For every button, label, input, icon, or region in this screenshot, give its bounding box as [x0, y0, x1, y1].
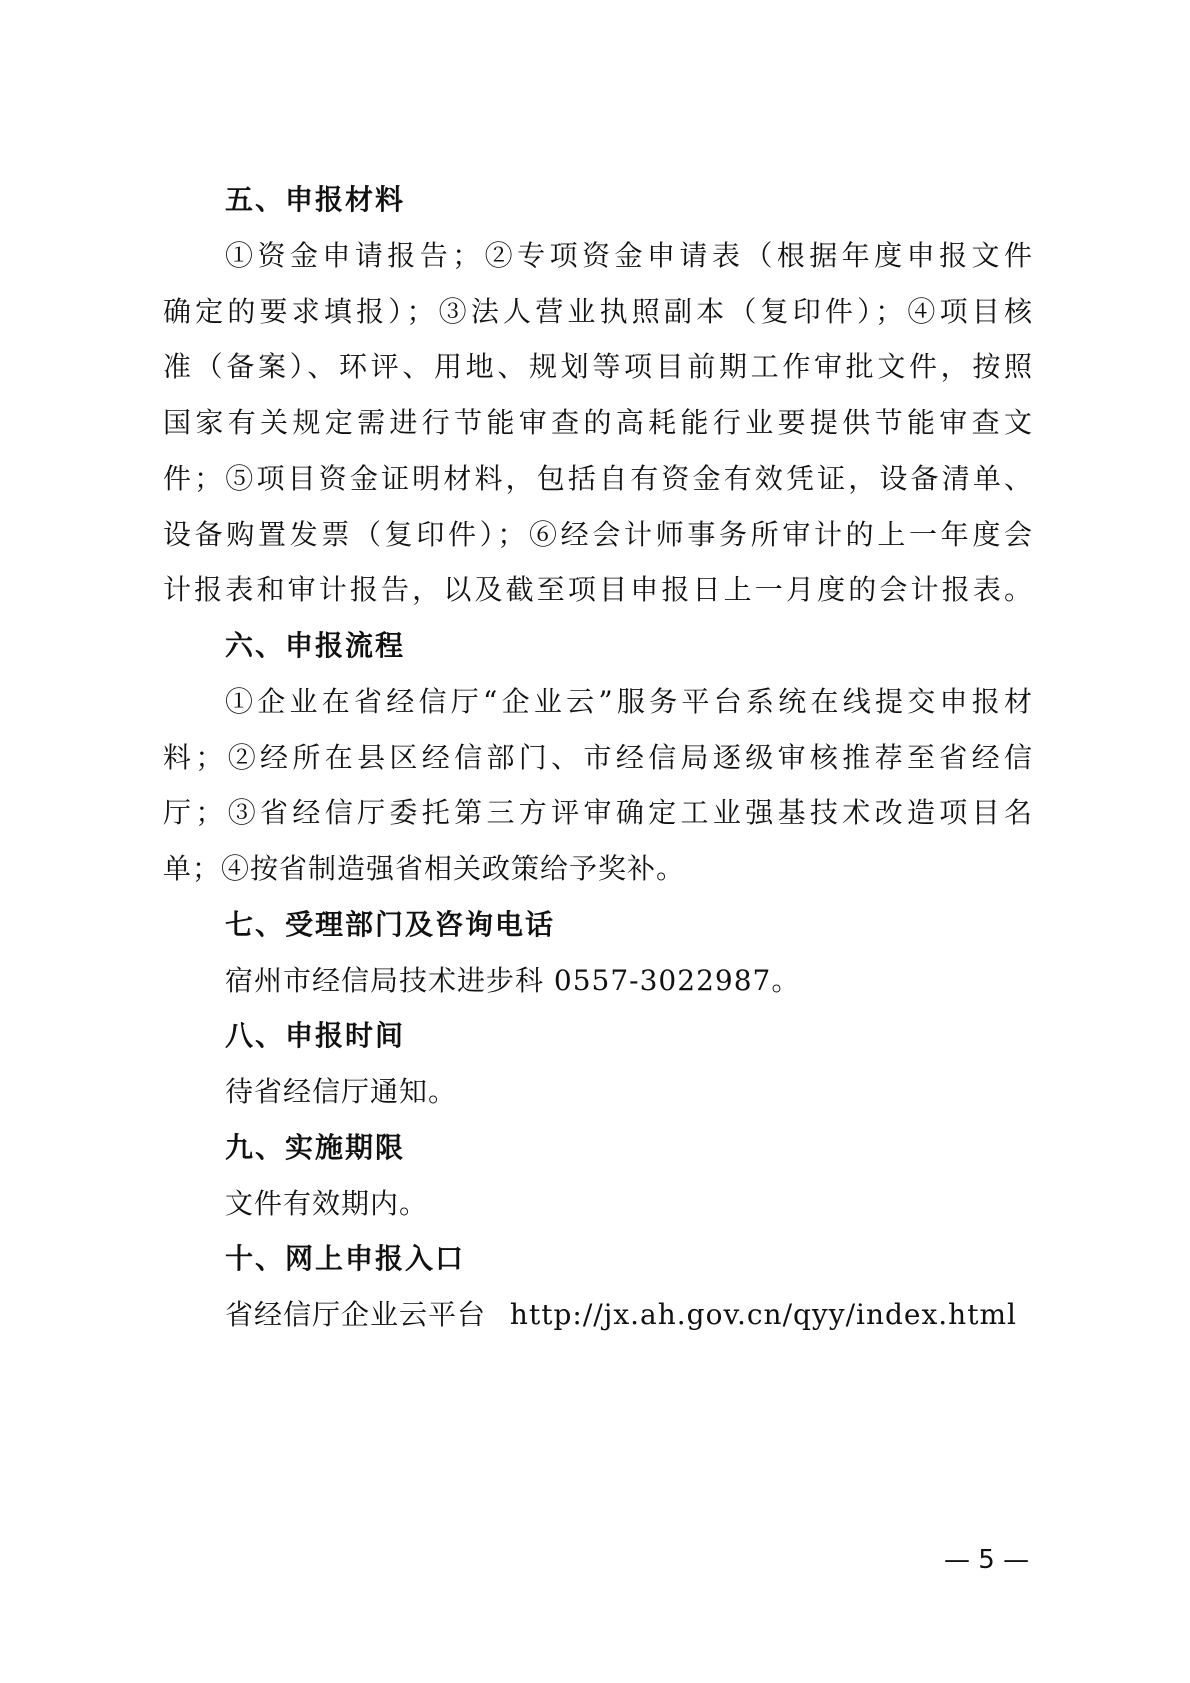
paragraph-line: 厅；③省经信厅委托第三方评审确定工业强基技术改造项目名	[163, 791, 1033, 831]
paragraph-line: ①资金申请报告；②专项资金申请表（根据年度申报文件	[225, 234, 1033, 274]
paragraph-line: 设备购置发票（复印件）；⑥经会计师事务所审计的上一年度会	[163, 513, 1033, 553]
section-heading-time: 八、申报时间	[225, 1014, 405, 1054]
section-heading-materials: 五、申报材料	[225, 178, 405, 218]
section-heading-contact: 七、受理部门及咨询电话	[225, 903, 555, 943]
platform-url[interactable]: http://jx.ah.gov.cn/qyy/index.html	[510, 1298, 1017, 1331]
paragraph-line: 确定的要求填报）；③法人营业执照副本（复印件）；④项目核	[163, 290, 1033, 330]
section-heading-period: 九、实施期限	[225, 1126, 405, 1166]
paragraph-line: 计报表和审计报告，以及截至项目申报日上一月度的会计报表。	[163, 568, 1033, 608]
period-text: 文件有效期内。	[225, 1182, 428, 1222]
paragraph-line: 件；⑤项目资金证明材料，包括自有资金有效凭证，设备清单、	[163, 457, 1033, 497]
platform-label: 省经信厅企业云平台	[225, 1298, 486, 1331]
paragraph-line: 准（备案）、环评、用地、规划等项目前期工作审批文件，按照	[163, 345, 1033, 385]
contact-text: 宿州市经信局技术进步科 0557-3022987。	[225, 959, 800, 999]
online-entry: 省经信厅企业云平台 http://jx.ah.gov.cn/qyy/index.…	[225, 1293, 1017, 1333]
paragraph-line: ①企业在省经信厅“企业云”服务平台系统在线提交申报材	[225, 680, 1033, 720]
section-heading-process: 六、申报流程	[225, 624, 405, 664]
paragraph-line: 料；②经所在县区经信部门、市经信局逐级审核推荐至省经信	[163, 736, 1033, 776]
page-number: — 5 —	[944, 1545, 1029, 1575]
paragraph-line: 单；④按省制造强省相关政策给予奖补。	[163, 847, 685, 887]
section-heading-online: 十、网上申报入口	[225, 1237, 465, 1277]
time-text: 待省经信厅通知。	[225, 1070, 457, 1110]
document-page: 五、申报材料 ①资金申请报告；②专项资金申请表（根据年度申报文件 确定的要求填报…	[0, 0, 1190, 1683]
paragraph-line: 国家有关规定需进行节能审查的高耗能行业要提供节能审查文	[163, 401, 1033, 441]
